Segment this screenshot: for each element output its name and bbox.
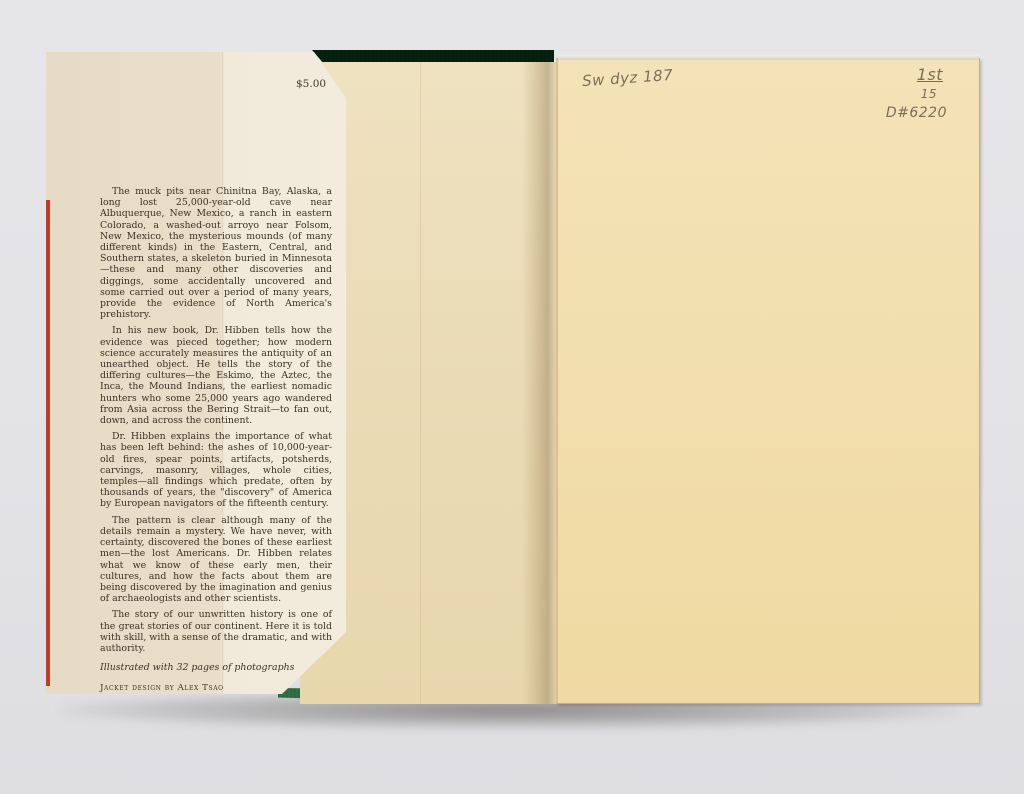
blurb-paragraph: The pattern is clear although many of th… [100, 515, 332, 605]
photo-scene: Sw dyz 187 1st 15 D#6220 $5.00 The muck … [0, 0, 1024, 794]
blurb-paragraph: In his new book, Dr. Hibben tells how th… [100, 325, 332, 426]
endpaper-fold-line [420, 62, 421, 704]
blurb-paragraph: The story of our unwritten history is on… [100, 609, 332, 654]
number-note: 15 [921, 87, 937, 101]
dust-jacket-front-flap: $5.00 The muck pits near Chinitna Bay, A… [46, 52, 346, 694]
edition-note: 1st [917, 65, 943, 84]
page-top-edge [558, 55, 979, 60]
pencil-code-note: Sw dyz 187 [581, 66, 673, 90]
dealer-code-note: D#6220 [886, 105, 947, 121]
jacket-red-spine-edge [46, 200, 50, 686]
illustrations-note: Illustrated with 32 pages of photographs [100, 662, 332, 673]
free-endpaper-page: Sw dyz 187 1st 15 D#6220 [556, 58, 980, 704]
blurb-paragraph: The muck pits near Chinitna Bay, Alaska,… [100, 186, 332, 320]
flap-blurb: The muck pits near Chinitna Bay, Alaska,… [100, 186, 332, 700]
blurb-paragraph: Dr. Hibben explains the importance of wh… [100, 431, 332, 509]
price-label: $5.00 [296, 78, 326, 90]
